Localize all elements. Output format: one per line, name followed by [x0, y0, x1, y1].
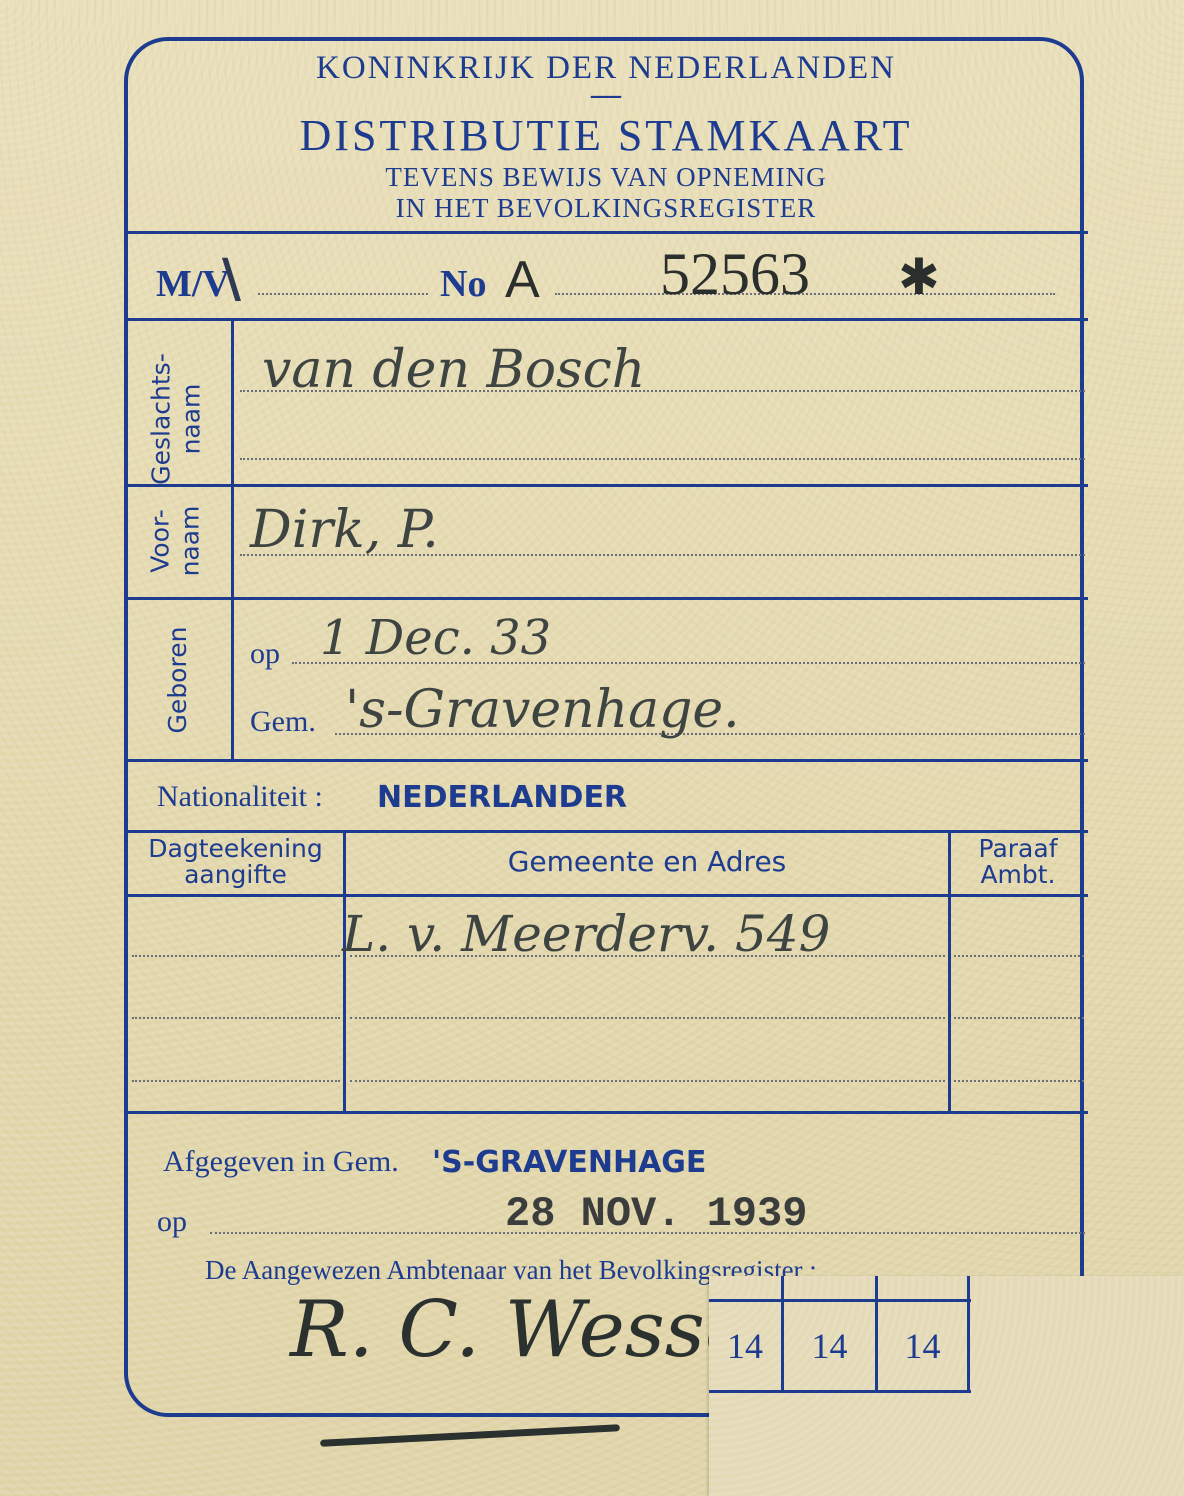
- document-title: DISTRIBUTIE STAMKAART: [124, 110, 1088, 161]
- sex-label: M/V: [156, 262, 230, 306]
- divider: [124, 484, 1088, 487]
- table-bottom-border: [124, 1111, 1088, 1114]
- label-column-divider: [231, 320, 234, 760]
- column-header-date: Dagteekening aangifte: [128, 836, 343, 888]
- address-value: L. v. Meerderv. 549: [342, 905, 830, 963]
- surname-label: Geslachts- naam: [147, 337, 215, 502]
- dotted-line: [954, 1017, 1084, 1019]
- column-header-initials-line1: Paraaf: [951, 836, 1085, 862]
- coupon-box: 14: [784, 1325, 875, 1367]
- given-name-label-line1: Voor-: [146, 484, 176, 599]
- subtitle-line1: TEVENS BEWIJS VAN OPNEMING: [124, 162, 1088, 193]
- dotted-line: [350, 1017, 945, 1019]
- dotted-line: [258, 293, 428, 295]
- dotted-line: [132, 1080, 340, 1082]
- born-place-label: Gem.: [250, 705, 316, 739]
- column-header-address: Gemeente en Adres: [346, 845, 948, 878]
- born-label: Geboren: [163, 600, 197, 760]
- table-header-divider: [124, 894, 1088, 897]
- issued-date-label: op: [157, 1205, 187, 1239]
- coupon-box: 14: [709, 1325, 781, 1367]
- nationality-value: NEDERLANDER: [377, 780, 627, 815]
- given-name-label-line2: naam: [176, 484, 206, 599]
- divider: [124, 318, 1088, 321]
- dotted-line: [350, 1080, 945, 1082]
- table-top-border: [124, 830, 1088, 833]
- official-signature: R. C. Wesse: [290, 1285, 751, 1375]
- divider: [124, 597, 1088, 600]
- coupon-box: 14: [878, 1325, 967, 1367]
- card-number: 52563: [660, 240, 810, 309]
- header-dash: —: [124, 78, 1088, 112]
- nationality-label: Nationaliteit :: [157, 780, 323, 814]
- column-header-date-line1: Dagteekening: [128, 836, 343, 862]
- issued-label: Afgegeven in Gem.: [163, 1145, 399, 1179]
- coupon-grid-line: [709, 1299, 971, 1302]
- number-label: No: [440, 262, 486, 306]
- divider: [124, 231, 1088, 234]
- series-letter: A: [505, 250, 540, 310]
- born-place-value: 's-Gravenhage.: [345, 680, 740, 740]
- dotted-line: [954, 955, 1084, 957]
- given-name-value: Dirk, P.: [250, 500, 439, 560]
- coupon-grid-line: [967, 1276, 970, 1392]
- issued-municipality: 'S-GRAVENHAGE: [432, 1145, 706, 1180]
- column-header-date-line2: aangifte: [128, 862, 343, 888]
- divider: [124, 759, 1088, 762]
- born-date-value: 1 Dec. 33: [320, 610, 551, 666]
- column-header-initials-line2: Ambt.: [951, 862, 1085, 888]
- surname-label-line1: Geslachts-: [147, 337, 177, 502]
- sex-strike-mark: \: [222, 248, 241, 309]
- coupon-grid-line: [709, 1390, 971, 1393]
- subtitle-line2: IN HET BEVOLKINGSREGISTER: [124, 193, 1088, 224]
- signature-underline: [320, 1424, 620, 1447]
- column-header-initials: Paraaf Ambt.: [951, 836, 1085, 888]
- date-stamp: 28 NOV. 1939: [505, 1190, 807, 1238]
- dotted-line: [954, 1080, 1084, 1082]
- asterisk-icon: ✱: [898, 248, 940, 306]
- surname-label-line2: naam: [177, 337, 207, 502]
- given-name-label: Voor- naam: [146, 484, 214, 599]
- dotted-line: [240, 458, 1085, 460]
- surname-value: van den Bosch: [262, 340, 645, 400]
- dotted-line: [132, 955, 340, 957]
- born-date-label: op: [250, 637, 280, 671]
- dotted-line: [132, 1017, 340, 1019]
